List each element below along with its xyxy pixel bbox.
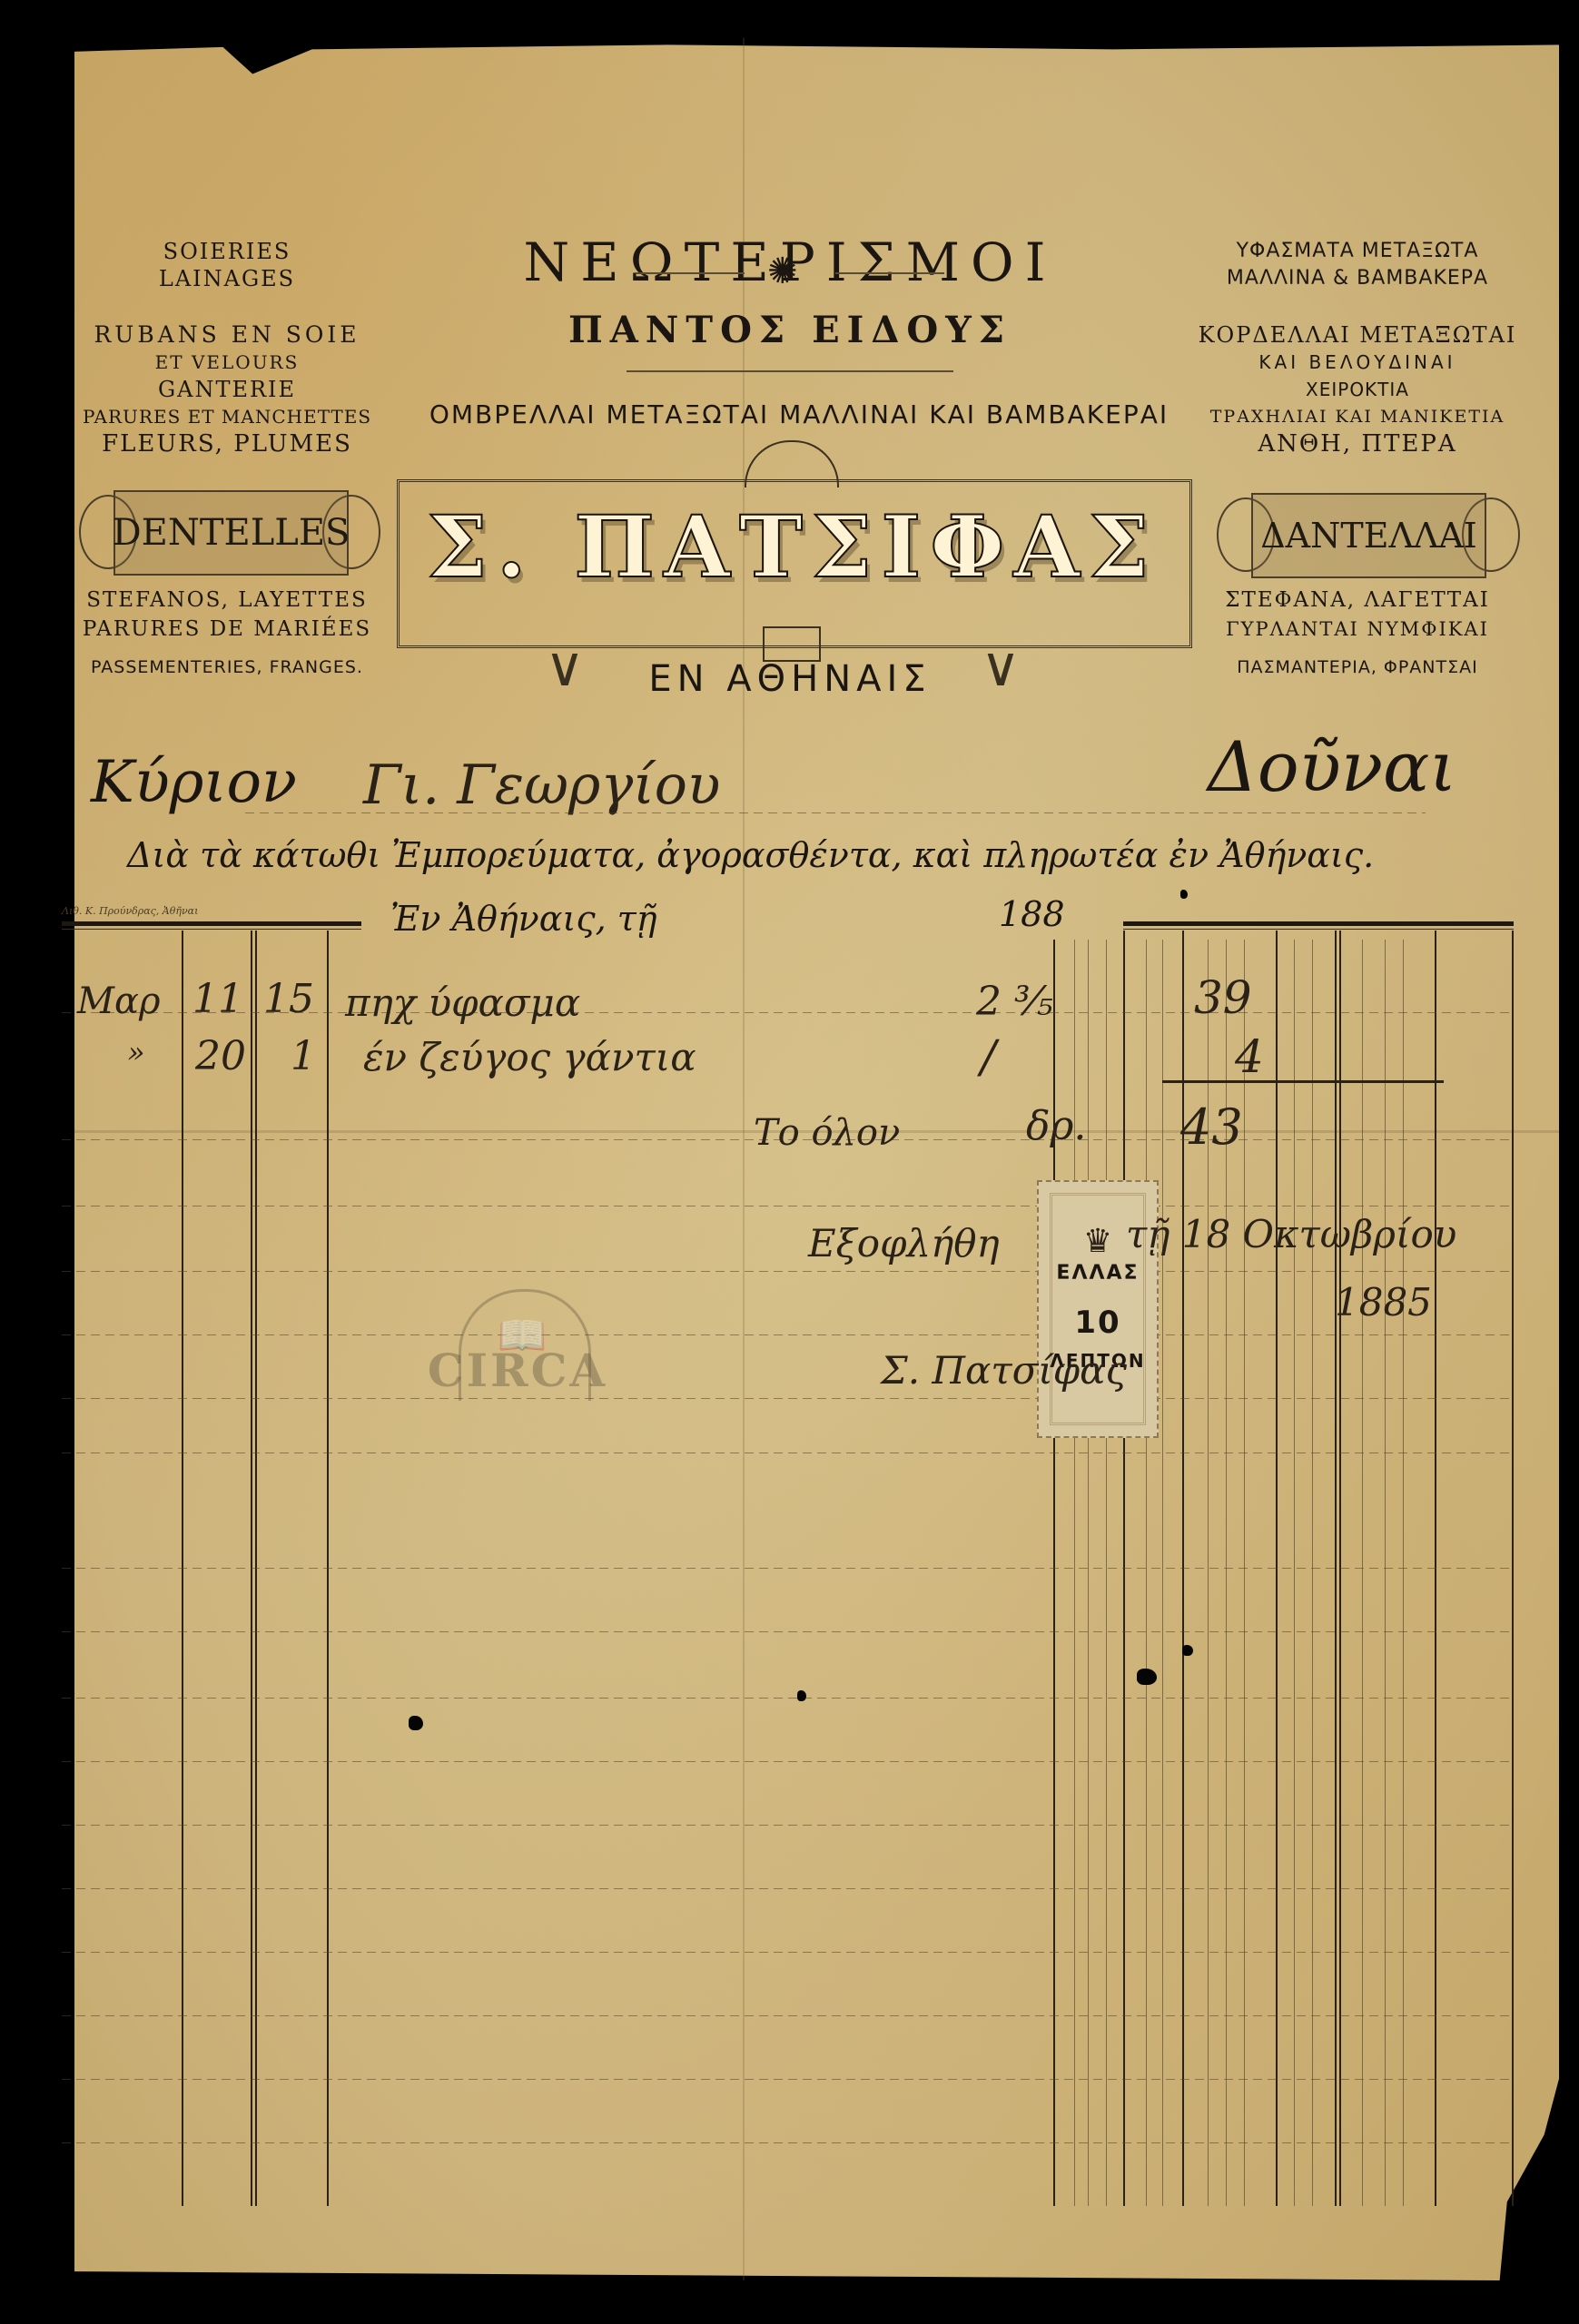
left-line: STEFANOS, LAYETTES: [73, 586, 381, 615]
ruled-line: [62, 2142, 1515, 2143]
paper-hole: [1180, 890, 1188, 899]
item-price: 2 ⅗: [976, 979, 1053, 1025]
right-line: ΚΟΡΔΕΛΛΑΙ ΜΕΤΑΞΩΤΑΙ: [1180, 321, 1535, 349]
ledger-top-rule-right: [1123, 921, 1514, 926]
item-qty: 1: [291, 1033, 316, 1079]
right-line: ΣΤΕΦΑΝΑ, ΛΑΓΕΤΤΑΙ: [1180, 586, 1535, 615]
scroll-flourish-left: ∨: [545, 635, 585, 699]
left-line: FLEURS, PLUMES: [73, 430, 381, 458]
ruled-line: [62, 1631, 1515, 1632]
total-currency: δρ.: [1026, 1103, 1086, 1149]
item-month: Μαρ: [77, 980, 160, 1022]
receipt-signature: Σ. Πατσίφας: [881, 1348, 1127, 1393]
right-line: ΑΝΘΗ, ΠΤΕΡΑ: [1180, 430, 1535, 458]
total-amount: 43: [1180, 1098, 1243, 1156]
right-line: ΚΑΙ ΒΕΛΟΥΔΙΝΑΙ: [1180, 349, 1535, 376]
left-line: RUBANS EN SOIE: [73, 321, 381, 349]
right-line: ΧΕΙΡΟΚΤΙΑ: [1180, 376, 1535, 403]
ruled-line: [62, 1888, 1515, 1889]
item-day: 11: [192, 976, 243, 1022]
item-amount: 39: [1194, 971, 1252, 1024]
ruled-line: [62, 1206, 1515, 1206]
merchant-name: Σ. ΠΑΤΣΙΦΑΣ: [400, 497, 1186, 597]
paper-hole: [1137, 1669, 1157, 1685]
year-prefix: 188: [999, 894, 1065, 934]
left-category-list-2: STEFANOS, LAYETTES PARURES DE MARIÉES PA…: [73, 586, 381, 682]
salutation: Κύριον: [91, 749, 297, 816]
fold-crease-vertical: [743, 38, 745, 2280]
tagline: ΟΜΒΡΕΛΛΑΙ ΜΕΤΑΞΩΤΑΙ ΜΑΛΛΙΝΑΙ ΚΑΙ ΒΑΜΒΑΚΕ…: [400, 399, 1199, 429]
ledger-top-rule-left: [62, 921, 361, 926]
customer-name: Γι. Γεωργίου: [363, 753, 720, 817]
left-line: SOIERIES: [73, 238, 381, 265]
item-qty: 15: [263, 976, 314, 1022]
ledger-top-rule-right-thin: [1123, 929, 1514, 930]
printer-credit: Λιθ. Κ. Προύνδρας, Ἀθῆναι: [62, 905, 198, 917]
printed-phrase: Διὰ τὰ κάτωθι Ἐμπορεύματα, ἀγορασθέντα, …: [127, 835, 1416, 875]
label-dantellai: ΔΑΝΤΕΛΛΑΙ: [1251, 493, 1486, 578]
stamp-country: ΕΛΛΑΣ: [1039, 1262, 1157, 1285]
right-line: ΜΑΛΛΙΝΑ & ΒΑΜΒΑΚΕΡΑ: [1180, 265, 1535, 292]
watermark-text: CIRCA: [413, 1344, 622, 1397]
address-line: [245, 812, 1426, 813]
ruled-line: [62, 1271, 1515, 1272]
location: ΕΝ ΑΘΗΝΑΙΣ: [581, 658, 999, 700]
ruled-line: [62, 1334, 1515, 1335]
left-line: LAINAGES: [73, 265, 381, 292]
label-dentelles: DENTELLES: [113, 490, 349, 576]
paper-hole: [1182, 1645, 1193, 1656]
paper-hole: [409, 1716, 423, 1730]
total-label: Το όλον: [754, 1112, 900, 1154]
receipt-date: τῇ 18 Οκτωβρίου: [1126, 1212, 1456, 1256]
left-line: GANTERIE: [73, 376, 381, 403]
ruled-line: [62, 1825, 1515, 1826]
subtotal-rule: [1162, 1080, 1444, 1083]
divider-ornament: [627, 370, 953, 372]
item-day: 20: [195, 1033, 246, 1079]
receipt-year: 1885: [1335, 1280, 1432, 1324]
item-amount: 4: [1235, 1030, 1264, 1083]
right-category-list-2: ΣΤΕΦΑΝΑ, ΛΑΓΕΤΤΑΙ ΓΥΡΛΑΝΤΑΙ ΝΥΜΦΙΚΑΙ ΠΑΣ…: [1180, 586, 1535, 682]
left-category-list: SOIERIES LAINAGES RUBANS EN SOIE ET VELO…: [73, 238, 381, 458]
sunburst-icon: ✺: [767, 251, 798, 292]
right-line: ΥΦΑΣΜΑΤΑ ΜΕΤΑΞΩΤΑ: [1180, 238, 1535, 265]
right-line: ΠΑΣΜΑΝΤΕΡΙΑ, ΦΡΑΝΤΣΑΙ: [1180, 653, 1535, 682]
stamp-value: 10: [1039, 1305, 1157, 1341]
ruled-line: [62, 2079, 1515, 2080]
right-category-list: ΥΦΑΣΜΑΤΑ ΜΕΤΑΞΩΤΑ ΜΑΛΛΙΝΑ & ΒΑΜΒΑΚΕΡΑ ΚΟ…: [1180, 238, 1535, 458]
item-price: /: [981, 1030, 996, 1083]
ruled-line: [62, 1698, 1515, 1699]
pillar-ornament-bottom: [763, 626, 821, 662]
subtitle: ΠΑΝΤΟΣ ΕΙΔΟΥΣ: [545, 309, 1035, 351]
right-line: ΤΡΑΧΗΛΙΑΙ ΚΑΙ ΜΑΝΙΚΕΤΙΑ: [1180, 403, 1535, 430]
left-line: PARURES ET MANCHETTES: [73, 403, 381, 430]
ruled-line: [62, 1952, 1515, 1953]
ruled-line: [62, 1761, 1515, 1762]
left-line: PASSEMENTERIES, FRANGES.: [73, 653, 381, 682]
ruled-line: [62, 1452, 1515, 1453]
ruled-line: [62, 2015, 1515, 2016]
owes-label: Δοῦναι: [1208, 726, 1456, 807]
item-description: έν ζεύγος γάντια: [363, 1035, 696, 1079]
received-note: Εξοφλήθη: [808, 1221, 1000, 1265]
ruled-line: [62, 1568, 1515, 1569]
place-date-label: Ἐν Ἀθήναις, τῇ: [390, 899, 657, 939]
item-month: »: [127, 1035, 145, 1069]
paper-hole: [797, 1690, 806, 1701]
ledger-top-rule-left-thin: [62, 929, 361, 930]
left-line: ET VELOURS: [73, 349, 381, 376]
left-line: PARURES DE MARIÉES: [73, 615, 381, 644]
ruled-line: [62, 1398, 1515, 1399]
right-line: ΓΥΡΛΑΝΤΑΙ ΝΥΜΦΙΚΑΙ: [1180, 615, 1535, 644]
item-description: πηχ ύφασμα: [345, 980, 580, 1025]
